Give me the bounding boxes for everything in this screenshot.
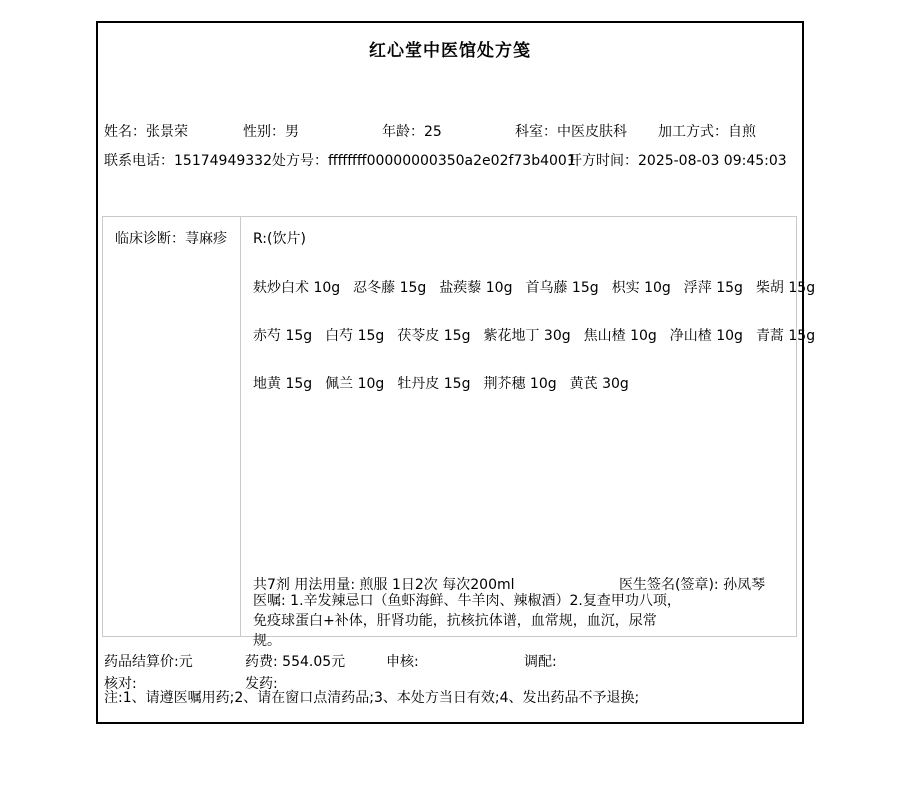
department-value: 中医皮肤科 (557, 124, 627, 140)
herb-item: 净山楂 10g (670, 328, 743, 344)
phone-field: 联系电话：15174949332 (104, 150, 272, 170)
herb-item: 牡丹皮 15g (397, 376, 470, 392)
review-field: 申核: (386, 651, 419, 671)
herb-item: 荆芥穗 10g (483, 376, 556, 392)
herb-item: 枳实 10g (612, 280, 671, 296)
herb-item: 首乌藤 15g (525, 280, 598, 296)
prepare-label: 调配: (524, 654, 557, 670)
prescription-page: 红心堂中医馆处方笺 姓名：张景荣 性别：男 年龄：25 科室：中医皮肤科 加工方… (0, 0, 900, 800)
prescribe-time-value: 2025-08-03 09:45:03 (638, 153, 787, 169)
herb-item: 浮萍 15g (684, 280, 743, 296)
processing-method-value: 自煎 (728, 124, 756, 140)
herb-item: 焦山楂 10g (584, 328, 657, 344)
prescribe-time-label: 开方时间： (568, 153, 638, 169)
patient-gender-value: 男 (285, 124, 299, 140)
rx-cell: R:(饮片) 麸炒白术 10g忍冬藤 15g盐蒺藜 10g首乌藤 15g枳实 1… (241, 217, 796, 636)
herb-item: 麸炒白术 10g (253, 280, 340, 296)
medicine-fee-value: 554.05元 (282, 654, 345, 670)
patient-age-field: 年龄：25 (382, 121, 442, 141)
medical-advice-value: 1.辛发辣忌口（鱼虾海鲜、牛羊肉、辣椒酒）2.复查甲功八项，免疫球蛋白+补体，肝… (253, 593, 681, 649)
diagnosis-cell: 临床诊断：荨麻疹 (103, 217, 241, 636)
settlement-price-value: 元 (179, 654, 193, 670)
patient-gender-field: 性别：男 (243, 121, 299, 141)
herb-line: 地黄 15g佩兰 10g牡丹皮 15g荆芥穗 10g黄芪 30g (253, 373, 629, 393)
page-title: 红心堂中医馆处方笺 (98, 36, 802, 61)
rx-number-value: ffffffff00000000350a2e02f73b4001 (328, 153, 576, 169)
rx-number-label: 处方号： (272, 153, 328, 169)
herb-item: 赤芍 15g (253, 328, 312, 344)
prescription-body-box: 临床诊断：荨麻疹 R:(饮片) 麸炒白术 10g忍冬藤 15g盐蒺藜 10g首乌… (102, 216, 797, 637)
patient-gender-label: 性别： (243, 124, 285, 140)
medical-advice: 医嘱: 1.辛发辣忌口（鱼虾海鲜、牛羊肉、辣椒酒）2.复查甲功八项，免疫球蛋白+… (253, 591, 681, 651)
diagnosis-field: 临床诊断：荨麻疹 (115, 228, 227, 248)
rx-header: R:(饮片) (253, 228, 306, 248)
processing-method-label: 加工方式： (658, 124, 728, 140)
patient-name-value: 张景荣 (146, 124, 188, 140)
doctor-signature-value: 孙凤琴 (723, 577, 765, 593)
prepare-field: 调配: (524, 651, 557, 671)
herb-item: 白芍 15g (325, 328, 384, 344)
prescription-sheet: 红心堂中医馆处方笺 姓名：张景荣 性别：男 年龄：25 科室：中医皮肤科 加工方… (96, 21, 804, 724)
prescribe-time-field: 开方时间：2025-08-03 09:45:03 (568, 150, 787, 170)
diagnosis-label: 临床诊断： (115, 231, 185, 247)
herb-item: 青蒿 15g (756, 328, 815, 344)
herb-item: 盐蒺藜 10g (439, 280, 512, 296)
patient-age-label: 年龄： (382, 124, 424, 140)
settlement-price-label: 药品结算价: (104, 654, 179, 670)
footer-note: 注:1、请遵医嘱用药;2、请在窗口点清药品;3、本处方当日有效;4、发出药品不予… (104, 687, 639, 707)
diagnosis-value: 荨麻疹 (185, 231, 227, 247)
rx-number-field: 处方号：ffffffff00000000350a2e02f73b4001 (272, 150, 576, 170)
department-field: 科室：中医皮肤科 (515, 121, 627, 141)
herb-item: 佩兰 10g (325, 376, 384, 392)
medical-advice-label: 医嘱: (253, 593, 286, 609)
patient-name-label: 姓名： (104, 124, 146, 140)
department-label: 科室： (515, 124, 557, 140)
phone-value: 15174949332 (174, 153, 272, 169)
phone-label: 联系电话： (104, 153, 174, 169)
herb-item: 黄芪 30g (570, 376, 629, 392)
herb-item: 紫花地丁 30g (483, 328, 570, 344)
herb-line: 赤芍 15g白芍 15g茯苓皮 15g紫花地丁 30g焦山楂 10g净山楂 10… (253, 325, 815, 345)
herb-line: 麸炒白术 10g忍冬藤 15g盐蒺藜 10g首乌藤 15g枳实 10g浮萍 15… (253, 277, 815, 297)
patient-age-value: 25 (424, 124, 442, 140)
patient-name-field: 姓名：张景荣 (104, 121, 188, 141)
medicine-fee-label: 药费: (245, 654, 278, 670)
medicine-fee-field: 药费: 554.05元 (245, 651, 345, 671)
herb-item: 柴胡 15g (756, 280, 815, 296)
review-label: 申核: (386, 654, 419, 670)
herb-item: 地黄 15g (253, 376, 312, 392)
herb-item: 茯苓皮 15g (397, 328, 470, 344)
herb-item: 忍冬藤 15g (353, 280, 426, 296)
processing-method-field: 加工方式：自煎 (658, 121, 756, 141)
settlement-price-field: 药品结算价:元 (104, 651, 193, 671)
